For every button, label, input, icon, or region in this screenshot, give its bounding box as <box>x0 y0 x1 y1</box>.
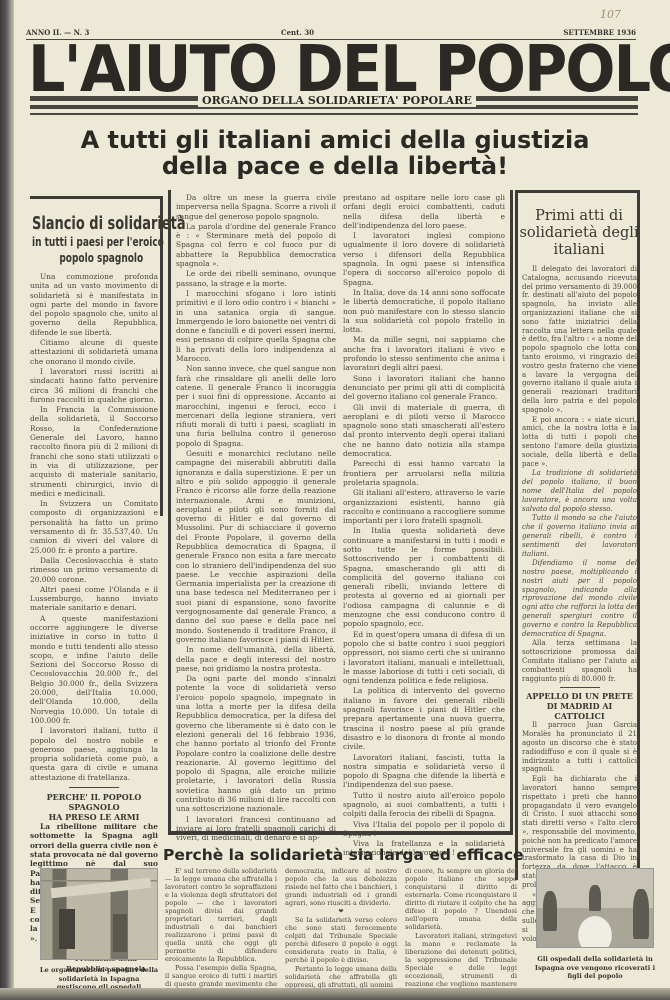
italic-paragraph: Difendiamo il nome del nostro paese, mol… <box>522 559 637 638</box>
left-title-line-2: in tutti i paesi per l'eroico <box>32 234 126 250</box>
photo-doorway <box>59 909 75 949</box>
paragraph: Se la solidarietà verso coloro che sono … <box>285 916 397 964</box>
right-photo-caption: Gli ospedali della solidarietà in Ispagn… <box>532 955 658 981</box>
paragraph: Ed in quest'opera umana di difesa di un … <box>343 630 505 686</box>
paragraph: Alla terza settimana la sottoscrizione p… <box>522 639 637 683</box>
center-article-col-2: prestano ad ospitare nelle loro case gli… <box>343 193 505 859</box>
paragraph: Pertanto la legge umana della solidariet… <box>285 965 397 989</box>
paragraph: democrazia, indicare al nostro popolo ch… <box>285 867 397 907</box>
paragraph: Lavoratori italiani, stringetevi la mano… <box>405 932 517 996</box>
photo-banner <box>51 878 151 898</box>
bottom-article-col-3: di cuore, fu sempre un gloria del popolo… <box>405 867 517 997</box>
paragraph: La parola d'ordine del generale Franco è… <box>176 222 336 268</box>
paragraph: Tutto il nostro aiuto all'eroico popolo … <box>343 791 505 819</box>
paragraph: I lavoratori russi iscritti ai sindacati… <box>30 367 158 404</box>
paragraph: A queste manifestazioni occorre aggiunge… <box>30 614 158 726</box>
paragraph: Viva l'Italia del popolo per il popolo d… <box>343 820 505 839</box>
paragraph: Non sanno invece, che quel sangue non fa… <box>176 364 336 448</box>
photo-hospital-ward <box>536 868 654 948</box>
paragraph: Sono i lavoratori italiani che hanno den… <box>343 374 505 402</box>
appeal-subheading: APPELLO DI UN PRETE DI MADRID AI CATTOLI… <box>522 691 637 721</box>
bottom-article-title: Perchè la solidarietà sia larga ed effic… <box>163 845 528 865</box>
headline-line-1: A tutti gli italiani amici della giustiz… <box>20 127 650 153</box>
headline-line-2: della pace e della libertà! <box>20 153 650 179</box>
paragraph: Gesuiti e monarchici reclutano nelle cam… <box>176 449 336 644</box>
right-article-body: Il delegato dei lavoratori di Catalogna,… <box>522 265 637 944</box>
paragraph: Una commozione profonda unita ad un vast… <box>30 272 158 337</box>
paragraph: Citiamo alcune di queste attestazioni di… <box>30 338 158 366</box>
left-title-line-1: Slancio di solidarietà <box>32 214 126 234</box>
paragraph: di cuore, fu sempre un gloria del popolo… <box>405 867 517 931</box>
paragraph: Da oltre un mese la guerra civile imperv… <box>176 193 336 221</box>
left-article-title: Slancio di solidarietà in tutti i paesi … <box>32 214 126 266</box>
left-title-line-3: popolo spagnolo <box>32 250 126 266</box>
paragraph: La politica di intervento del governo it… <box>343 686 505 751</box>
paragraph: Il delegato dei lavoratori di Catalogna,… <box>522 265 637 415</box>
bottom-article-col-2: democrazia, indicare al nostro popolo ch… <box>285 867 397 990</box>
paragraph: In Svizzera un Comitato composto di orga… <box>30 499 158 555</box>
paragraph: Parecchi di essi hanno varcato la fronti… <box>343 459 505 487</box>
main-headline: A tutti gli italiani amici della giustiz… <box>20 127 650 179</box>
paragraph: Gli italiani all'estero, attraverso le v… <box>343 488 505 525</box>
photo-hospital-building <box>40 868 158 960</box>
section-divider <box>69 787 119 788</box>
section-divider <box>560 687 600 688</box>
paragraph: I lavoratori inglesi compiono ugualmente… <box>343 231 505 287</box>
photo-figure <box>633 889 649 939</box>
masthead-title: L'AIUTO DEL POPOLO <box>28 40 589 100</box>
page-binding-edge <box>0 0 14 1000</box>
photo-window <box>113 914 127 952</box>
paragraph: E poi ancora : « siate sicuri, amici, ch… <box>522 416 637 469</box>
paragraph: Le orde dei ribelli seminano, ovunque pa… <box>176 269 336 288</box>
paragraph: I lavoratori francesi continuano ad invi… <box>176 815 336 843</box>
azana-subheading-2: HA PRESO LE ARMI <box>30 812 158 822</box>
paragraph: Il parroco Juan Garcia Moralès ha pronun… <box>522 721 637 774</box>
azana-subheading-1: PERCHE' IL POPOLO SPAGNOLO <box>30 792 158 812</box>
photo-figure <box>543 891 557 931</box>
paragraph: prestano ad ospitare nelle loro case gli… <box>343 193 505 230</box>
paragraph: In Italia, dove da 14 anni sono soffocat… <box>343 288 505 334</box>
paragraph: In nome dell'umanità, della libertà, del… <box>176 645 336 673</box>
paragraph: Gli invii di materiale di guerra, di aer… <box>343 403 505 459</box>
paragraph: Altri paesi come l'Olanda e il Lussembur… <box>30 585 158 613</box>
bottom-article-col-1: E' sul terreno della solidarietà — la le… <box>165 867 277 997</box>
page-bottom-edge <box>0 988 670 1000</box>
paragraph: I marocchini sfogano i loro istinti prim… <box>176 289 336 363</box>
italic-paragraph: Tutto il mondo sa che l'aiuto che il gov… <box>522 514 637 558</box>
left-box-top-rule <box>30 196 163 199</box>
italic-paragraph: La tradizione di solidarietà del popolo … <box>522 469 637 513</box>
right-article-title: Primi atti di solidarietà degli italiani <box>518 208 640 259</box>
masthead-subtitle: ORGANO DELLA SOLIDARIETA' POPOLARE <box>198 94 476 107</box>
masthead-rule-3 <box>30 113 638 115</box>
paragraph: I lavoratori italiani, tutto il popolo d… <box>30 726 158 782</box>
paragraph: Ma da mille segni, noi sappiamo che anch… <box>343 335 505 372</box>
heart-ornament-icon: ❤ <box>285 908 397 916</box>
paragraph: In Francia la Commissione della solidari… <box>30 405 158 498</box>
paragraph: In Italia questa solidarietà deve contin… <box>343 526 505 628</box>
paragraph: Dalla Cecoslovacchia è stato rimesso un … <box>30 556 158 584</box>
paragraph: Lavoratori italiani, fascisti, tutta la … <box>343 753 505 790</box>
photo-figure <box>589 885 601 911</box>
center-article-col-1: Da oltre un mese la guerra civile imperv… <box>176 193 336 843</box>
archive-pencil-mark: 107 <box>600 8 621 21</box>
paragraph: E' sul terreno della solidarietà — la le… <box>165 867 277 963</box>
paragraph: Da ogni parte del mondo s'innalzi potent… <box>176 674 336 813</box>
